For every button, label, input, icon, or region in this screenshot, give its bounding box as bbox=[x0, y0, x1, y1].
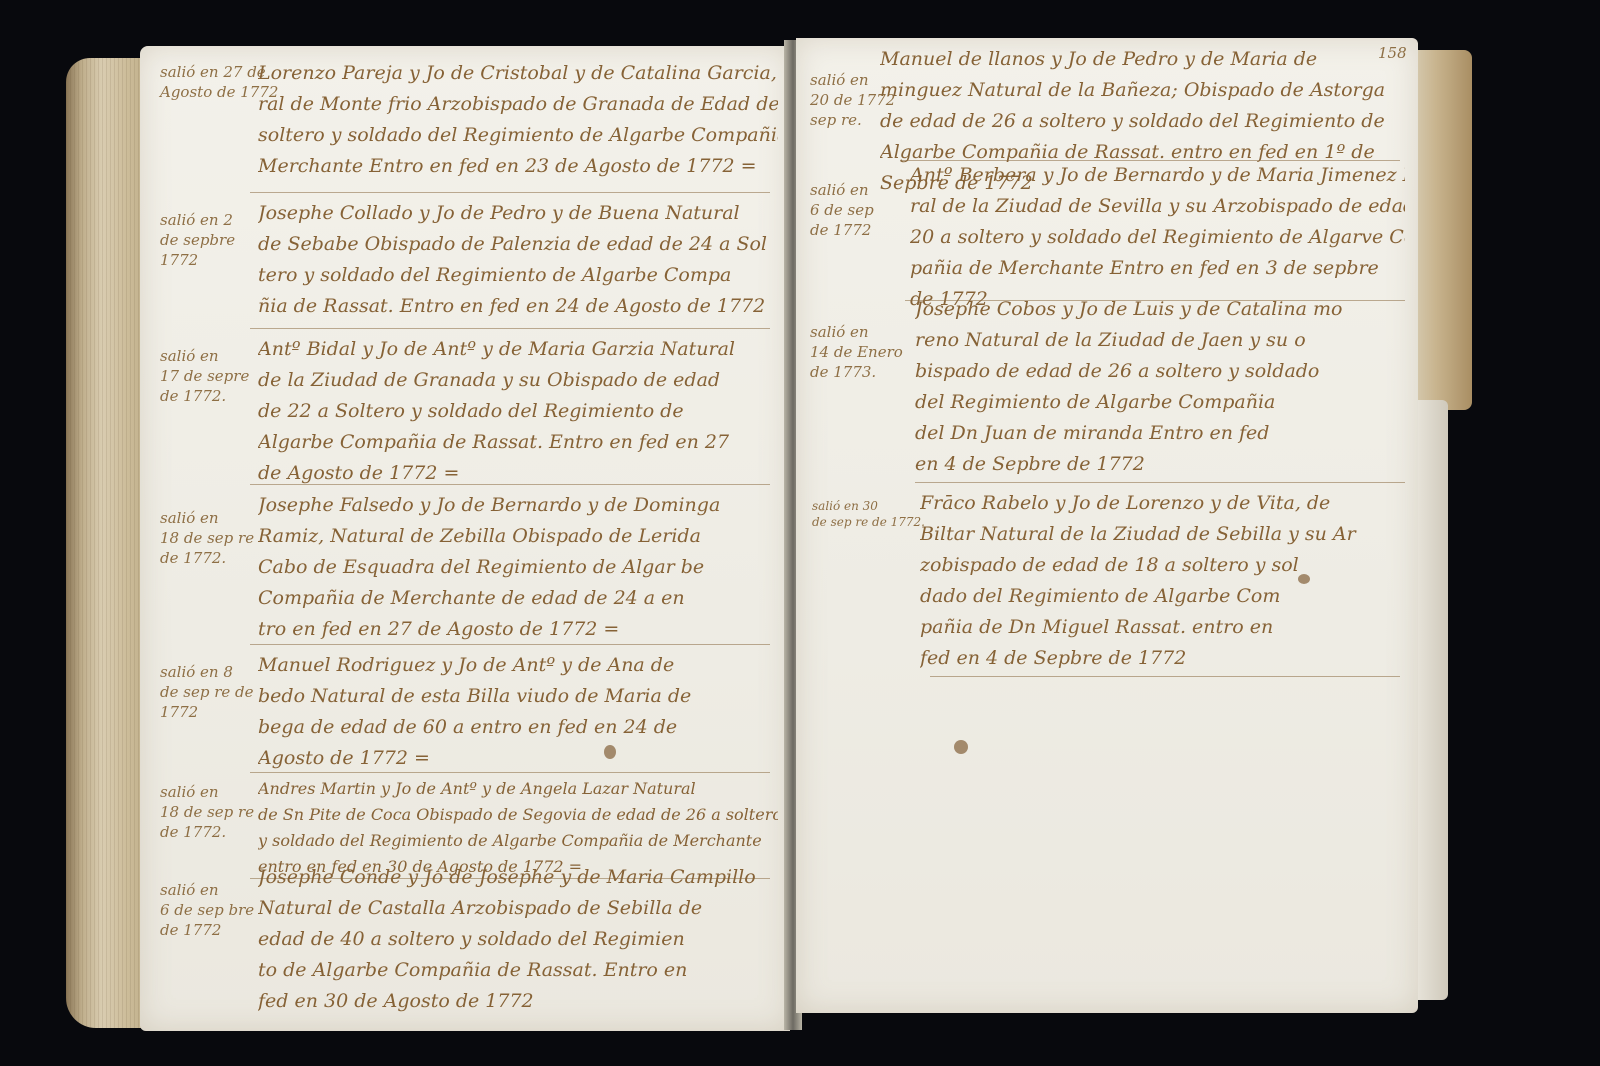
margin-note: salió en 2 de sepbre 1772 bbox=[160, 210, 235, 270]
ink-stain bbox=[954, 740, 968, 754]
entry-line: bedo Natural de esta Billa viudo de Mari… bbox=[258, 681, 778, 712]
entry-line: Josephe Falsedo y Jo de Bernardo y de Do… bbox=[258, 490, 778, 521]
entry-line: del Dn Juan de miranda Entro en fed bbox=[915, 418, 1405, 449]
margin-note: salió en 17 de sepre de 1772. bbox=[160, 346, 249, 406]
ink-stain bbox=[1298, 574, 1310, 584]
margin-note: salió en 14 de Enero de 1773. bbox=[810, 322, 903, 382]
entry-line: Algarbe Compañia de Rassat. Entro en fed… bbox=[258, 427, 778, 458]
entry-text: Josephe Conde y Jo de Josephe y de Maria… bbox=[258, 862, 778, 1017]
entry-line: tero y soldado del Regimiento de Algarbe… bbox=[258, 260, 778, 291]
entry-line: tro en fed en 27 de Agosto de 1772 = bbox=[258, 614, 778, 645]
entry-text: Josephe Falsedo y Jo de Bernardo y de Do… bbox=[258, 490, 778, 645]
entry-line: de Sebabe Obispado de Palenzia de edad d… bbox=[258, 229, 778, 260]
page-stack-edge-right bbox=[1418, 400, 1448, 1000]
entry-line: Andres Martin y Jo de Antº y de Angela L… bbox=[258, 776, 778, 802]
entry-line: de la Ziudad de Granada y su Obispado de… bbox=[258, 365, 778, 396]
entry-line: Agosto de 1772 = bbox=[258, 743, 778, 774]
entry-line: zobispado de edad de 18 a soltero y sol bbox=[920, 550, 1405, 581]
entry-line: Antº Berbera y Jo de Bernardo y de Maria… bbox=[910, 160, 1405, 191]
entry-line: Ramiz, Natural de Zebilla Obispado de Le… bbox=[258, 521, 778, 552]
entry-divider bbox=[250, 192, 770, 193]
entry-line: Natural de Castalla Arzobispado de Sebil… bbox=[258, 893, 778, 924]
entry-line: ñia de Rassat. Entro en fed en 24 de Ago… bbox=[258, 291, 778, 322]
entry-text: Josephe Collado y Jo de Pedro y de Buena… bbox=[258, 198, 778, 322]
entry-text: Antº Berbera y Jo de Bernardo y de Maria… bbox=[910, 160, 1405, 315]
entry-text: Lorenzo Pareja y Jo de Cristobal y de Ca… bbox=[258, 58, 778, 182]
entry-line: Manuel de llanos y Jo de Pedro y de Mari… bbox=[880, 44, 1400, 75]
entry-text: Manuel Rodriguez y Jo de Antº y de Ana d… bbox=[258, 650, 778, 774]
entry-line: to de Algarbe Compañia de Rassat. Entro … bbox=[258, 955, 778, 986]
entry-line: ral de la Ziudad de Sevilla y su Arzobis… bbox=[910, 191, 1405, 222]
entry-divider bbox=[250, 644, 770, 645]
entry-line: Josephe Collado y Jo de Pedro y de Buena… bbox=[258, 198, 778, 229]
entry-line: bega de edad de 60 a entro en fed en 24 … bbox=[258, 712, 778, 743]
entry-line: minguez Natural de la Bañeza; Obispado d… bbox=[880, 75, 1400, 106]
entry-divider bbox=[250, 484, 770, 485]
entry-line: fed en 4 de Sepbre de 1772 bbox=[920, 643, 1405, 674]
margin-note: salió en 18 de sep re de 1772. bbox=[160, 508, 254, 568]
margin-note: salió en 8 de sep re de 1772 bbox=[160, 662, 254, 722]
entry-line: Manuel Rodriguez y Jo de Antº y de Ana d… bbox=[258, 650, 778, 681]
entry-line: edad de 40 a soltero y soldado del Regim… bbox=[258, 924, 778, 955]
entry-line: de edad de 26 a soltero y soldado del Re… bbox=[880, 106, 1400, 137]
entry-line: ral de Monte frio Arzobispado de Granada… bbox=[258, 89, 778, 120]
entry-divider bbox=[250, 772, 770, 773]
binding-edge-right bbox=[1412, 50, 1472, 410]
open-ledger-book: 158 salió en 27 de Agosto de 1772 Lorenz… bbox=[0, 0, 1600, 1066]
margin-note: salió en 30 de sep re de 1772. bbox=[812, 498, 925, 530]
margin-note: salió en 6 de sep bre de 1772 bbox=[160, 880, 254, 940]
entry-divider bbox=[915, 482, 1405, 483]
entry-line: Biltar Natural de la Ziudad de Sebilla y… bbox=[920, 519, 1405, 550]
entry-line: Compañia de Merchante de edad de 24 a en bbox=[258, 583, 778, 614]
entry-line: Antº Bidal y Jo de Antº y de Maria Garzi… bbox=[258, 334, 778, 365]
entry-line: Frāco Rabelo y Jo de Lorenzo y de Vita, … bbox=[920, 488, 1405, 519]
entry-line: dado del Regimiento de Algarbe Com bbox=[920, 581, 1405, 612]
entry-line: del Regimiento de Algarbe Compañia bbox=[915, 387, 1405, 418]
entry-text: Antº Bidal y Jo de Antº y de Maria Garzi… bbox=[258, 334, 778, 489]
entry-line: pañia de Merchante Entro en fed en 3 de … bbox=[910, 253, 1405, 284]
entry-line: Merchante Entro en fed en 23 de Agosto d… bbox=[258, 151, 778, 182]
entry-divider bbox=[930, 676, 1400, 677]
entry-line: de Sn Pite de Coca Obispado de Segovia d… bbox=[258, 802, 778, 828]
margin-note: salió en 6 de sep de 1772 bbox=[810, 180, 874, 240]
entry-line: Cabo de Esquadra del Regimiento de Algar… bbox=[258, 552, 778, 583]
entry-line: 20 a soltero y soldado del Regimiento de… bbox=[910, 222, 1405, 253]
entry-text: Frāco Rabelo y Jo de Lorenzo y de Vita, … bbox=[920, 488, 1405, 674]
entry-line: Josephe Conde y Jo de Josephe y de Maria… bbox=[258, 862, 778, 893]
entry-text: Josephe Cobos y Jo de Luis y de Catalina… bbox=[915, 294, 1405, 480]
entry-line: fed en 30 de Agosto de 1772 bbox=[258, 986, 778, 1017]
entry-line: reno Natural de la Ziudad de Jaen y su o bbox=[915, 325, 1405, 356]
entry-line: pañia de Dn Miguel Rassat. entro en bbox=[920, 612, 1405, 643]
ink-stain bbox=[604, 745, 616, 759]
entry-line: y soldado del Regimiento de Algarbe Comp… bbox=[258, 828, 778, 854]
entry-line: en 4 de Sepbre de 1772 bbox=[915, 449, 1405, 480]
entry-line: Lorenzo Pareja y Jo de Cristobal y de Ca… bbox=[258, 58, 778, 89]
entry-divider bbox=[250, 328, 770, 329]
entry-line: Josephe Cobos y Jo de Luis y de Catalina… bbox=[915, 294, 1405, 325]
margin-note: salió en 18 de sep re de 1772. bbox=[160, 782, 254, 842]
entry-line: de 22 a Soltero y soldado del Regimiento… bbox=[258, 396, 778, 427]
entry-line: bispado de edad de 26 a soltero y soldad… bbox=[915, 356, 1405, 387]
entry-line: soltero y soldado del Regimiento de Alga… bbox=[258, 120, 778, 151]
